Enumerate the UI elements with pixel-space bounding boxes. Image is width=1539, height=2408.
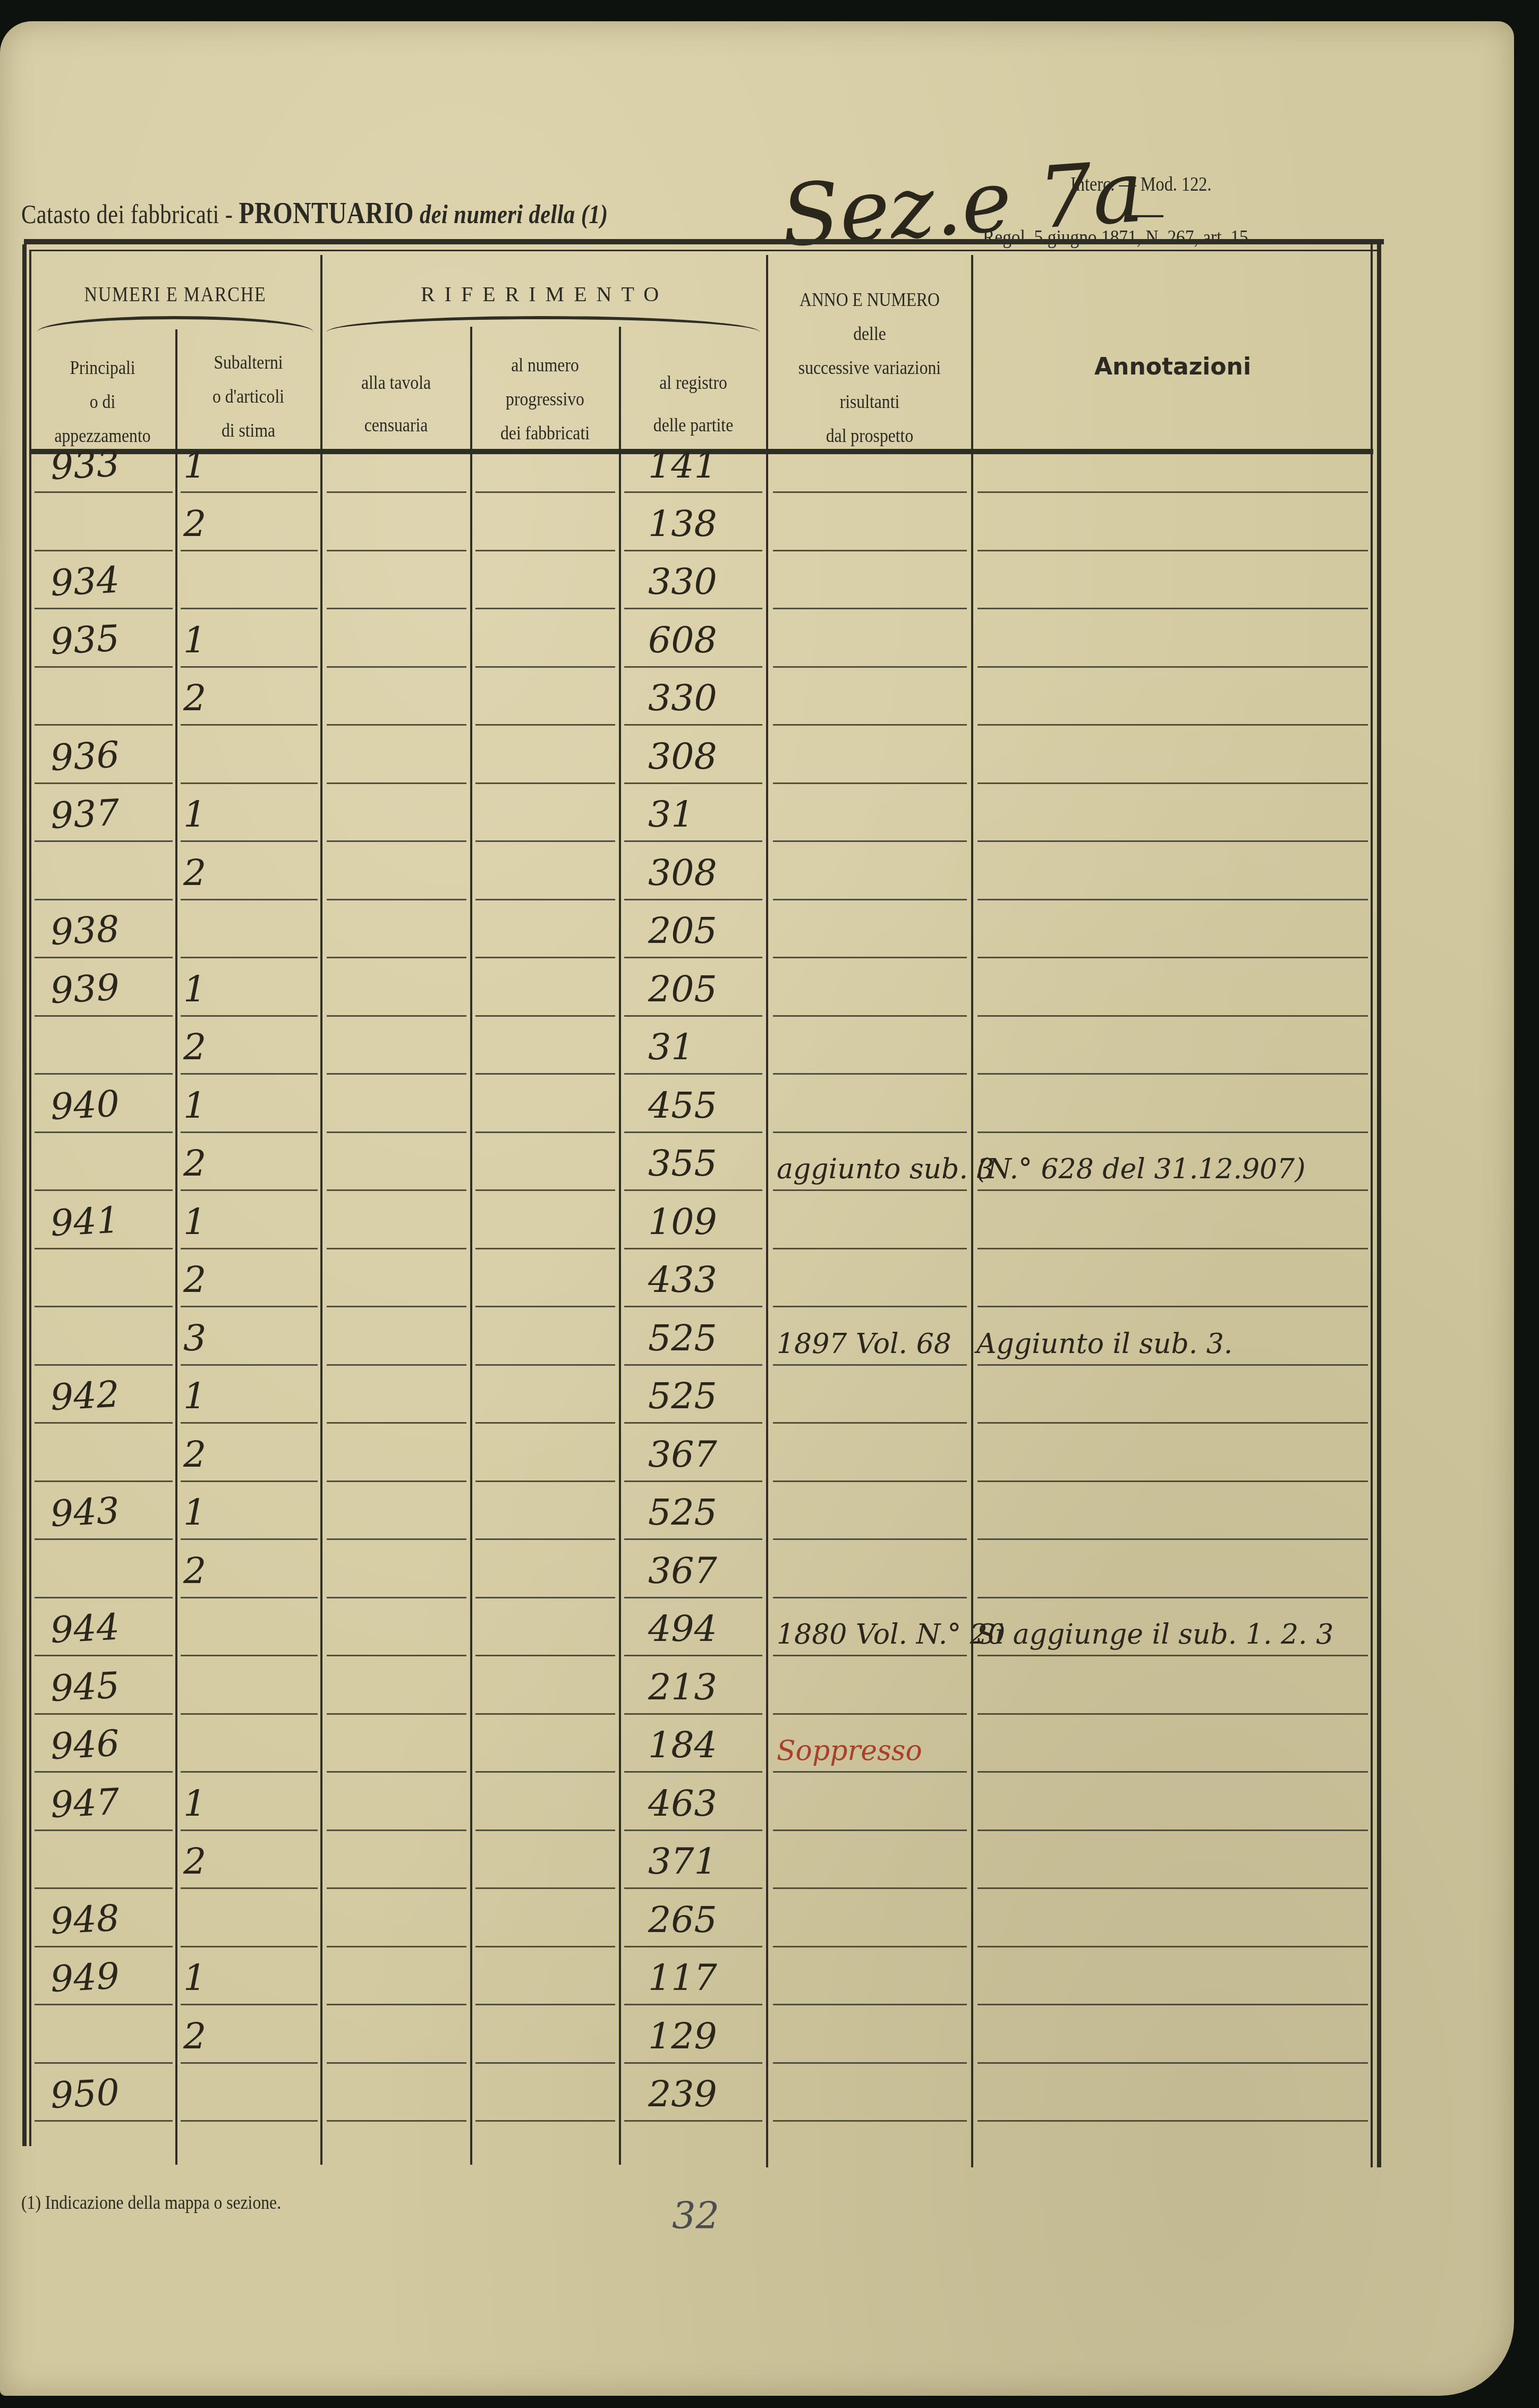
cell-registro: 525 xyxy=(648,1375,717,1417)
row-rule xyxy=(327,1364,466,1366)
row-rule xyxy=(977,782,1368,784)
row-rule xyxy=(977,1422,1368,1424)
row-rule xyxy=(181,2004,318,2005)
cell-registro: 525 xyxy=(648,1492,717,1534)
row-rule xyxy=(35,1713,173,1715)
row-rule xyxy=(624,1248,762,1249)
cell-subalterni: 2 xyxy=(183,1434,206,1476)
row-rule xyxy=(327,666,466,668)
row-rule xyxy=(475,957,615,958)
row-rule xyxy=(327,550,466,551)
cell-principali: 944 xyxy=(49,1606,121,1652)
cell-registro: 109 xyxy=(648,1201,717,1243)
row-rule xyxy=(773,1306,967,1307)
row-rule xyxy=(327,1015,466,1017)
row-rule xyxy=(977,2004,1368,2005)
row-rule xyxy=(181,491,318,493)
row-rule xyxy=(475,2004,615,2005)
prontuario-table: NUMERI E MARCHE RIFERIMENTO Principali o… xyxy=(0,21,1514,2396)
col-header-numero: al numero progressivo dei fabbricati xyxy=(481,348,608,450)
row-rule xyxy=(475,550,615,551)
row-rule xyxy=(327,782,466,784)
row-rule xyxy=(977,1713,1368,1715)
row-rule xyxy=(977,957,1368,958)
col-sep-registro xyxy=(766,255,768,2167)
row-rule xyxy=(624,491,762,493)
col-header-variazioni: ANNO E NUMERO delle successive variazion… xyxy=(781,283,958,453)
row-rule xyxy=(181,1015,318,1017)
document-page: Catasto dei fabbricati - PRONTUARIO dei … xyxy=(0,21,1514,2396)
row-rule xyxy=(327,1538,466,1540)
cell-principali: 946 xyxy=(49,1723,121,1768)
cell-registro: 525 xyxy=(648,1317,717,1359)
row-rule xyxy=(181,840,318,842)
row-rule xyxy=(35,608,173,609)
cell-principali: 939 xyxy=(49,966,121,1012)
row-rule xyxy=(327,1073,466,1075)
row-rule xyxy=(624,1364,762,1366)
row-rule xyxy=(35,491,173,493)
cell-subalterni: 2 xyxy=(183,677,206,719)
cell-subalterni: 1 xyxy=(183,1492,206,1534)
cell-registro: 367 xyxy=(648,1434,717,1476)
row-rule xyxy=(35,1422,173,1424)
cell-subalterni: 1 xyxy=(183,445,206,487)
cell-principali: 945 xyxy=(49,1664,121,1710)
row-rule xyxy=(181,957,318,958)
row-rule xyxy=(977,899,1368,900)
row-rule xyxy=(35,1364,173,1366)
row-rule xyxy=(181,1248,318,1249)
col-header-subalterni: Subalterni o d'articoli di stima xyxy=(186,345,310,447)
row-rule xyxy=(475,840,615,842)
row-rule xyxy=(327,491,466,493)
row-rule xyxy=(35,782,173,784)
cell-registro: 117 xyxy=(648,1957,717,1999)
row-rule xyxy=(977,491,1368,493)
row-rule xyxy=(773,1248,967,1249)
row-rule xyxy=(977,1306,1368,1307)
cell-principali: 933 xyxy=(49,443,121,489)
row-rule xyxy=(181,1131,318,1133)
cell-principali: 936 xyxy=(49,734,121,779)
row-rule xyxy=(624,1830,762,1831)
row-rule xyxy=(35,1189,173,1191)
row-rule xyxy=(327,724,466,726)
row-rule xyxy=(35,2062,173,2064)
row-rule xyxy=(977,1830,1368,1831)
cell-subalterni: 1 xyxy=(183,1085,206,1127)
row-rule xyxy=(475,1131,615,1133)
cell-principali: 949 xyxy=(49,1955,121,2001)
cell-registro: 265 xyxy=(648,1899,717,1941)
row-rule xyxy=(181,1887,318,1889)
row-rule xyxy=(327,1946,466,1947)
row-rule xyxy=(35,1248,173,1249)
row-rule xyxy=(35,1306,173,1307)
row-rule xyxy=(475,1655,615,1656)
row-rule xyxy=(624,957,762,958)
row-rule xyxy=(327,2004,466,2005)
row-rule xyxy=(181,1538,318,1540)
cell-annotazioni: (N.° 628 del 31.12.907) xyxy=(976,1153,1305,1185)
row-rule xyxy=(624,608,762,609)
cell-subalterni: 2 xyxy=(183,503,206,545)
row-rule xyxy=(773,782,967,784)
row-rule xyxy=(475,1306,615,1307)
col-header-annotazioni: Annotazioni xyxy=(975,353,1371,380)
row-rule xyxy=(977,1364,1368,1366)
row-rule xyxy=(475,2120,615,2122)
cell-subalterni: 2 xyxy=(183,1550,206,1592)
cell-registro: 31 xyxy=(648,1026,694,1068)
row-rule xyxy=(475,1597,615,1598)
row-rule xyxy=(327,1771,466,1773)
row-rule xyxy=(624,1015,762,1017)
row-rule xyxy=(35,1946,173,1947)
table-top-rule xyxy=(24,239,1384,244)
cell-registro: 367 xyxy=(648,1550,717,1592)
row-rule xyxy=(773,2120,967,2122)
row-rule xyxy=(977,1771,1368,1773)
row-rule xyxy=(624,1597,762,1598)
row-rule xyxy=(977,666,1368,668)
row-rule xyxy=(327,1830,466,1831)
cell-principali: 947 xyxy=(49,1781,121,1826)
row-rule xyxy=(327,1422,466,1424)
row-rule xyxy=(773,1771,967,1773)
row-rule xyxy=(327,2062,466,2064)
row-rule xyxy=(773,608,967,609)
cell-subalterni: 1 xyxy=(183,1783,206,1825)
cell-subalterni: 1 xyxy=(183,1375,206,1417)
row-rule xyxy=(475,1422,615,1424)
cell-subalterni: 2 xyxy=(183,2015,206,2057)
cell-registro: 355 xyxy=(648,1143,717,1185)
cell-registro: 308 xyxy=(648,736,717,778)
row-rule xyxy=(773,1364,967,1366)
row-rule xyxy=(35,899,173,900)
cell-registro: 330 xyxy=(648,561,717,603)
row-rule xyxy=(181,608,318,609)
row-rule xyxy=(35,1655,173,1656)
right-border xyxy=(1377,239,1381,2167)
row-rule xyxy=(181,1771,318,1773)
row-rule xyxy=(773,1655,967,1656)
col-sep-numero xyxy=(619,327,621,2165)
row-rule xyxy=(624,1306,762,1307)
group-header-numeri-marche: NUMERI E MARCHE xyxy=(54,282,297,307)
cell-registro: 330 xyxy=(648,677,717,719)
row-rule xyxy=(773,1713,967,1715)
page-number-pencil: 32 xyxy=(672,2194,719,2237)
row-rule xyxy=(624,1480,762,1482)
row-rule xyxy=(773,1131,967,1133)
row-rule xyxy=(181,1073,318,1075)
table-top-rule-inner xyxy=(29,250,1379,251)
row-rule xyxy=(624,1655,762,1656)
row-rule xyxy=(181,2120,318,2122)
row-rule xyxy=(327,608,466,609)
cell-registro: 184 xyxy=(648,1724,717,1766)
cell-variazioni: 1897 Vol. 68 xyxy=(777,1328,951,1360)
row-rule xyxy=(35,1015,173,1017)
row-rule xyxy=(475,1946,615,1947)
row-rule xyxy=(475,1830,615,1831)
row-rule xyxy=(773,1597,967,1598)
row-rule xyxy=(977,724,1368,726)
row-rule xyxy=(773,666,967,668)
row-rule xyxy=(181,1306,318,1307)
row-rule xyxy=(977,1015,1368,1017)
row-rule xyxy=(327,1248,466,1249)
row-rule xyxy=(181,1364,318,1366)
cell-principali: 942 xyxy=(49,1374,121,1419)
row-rule xyxy=(773,1946,967,1947)
row-rule xyxy=(475,1538,615,1540)
row-rule xyxy=(624,1131,762,1133)
row-rule xyxy=(773,957,967,958)
cell-registro: 308 xyxy=(648,852,717,894)
col-sep-variazioni xyxy=(971,255,973,2167)
cell-registro: 239 xyxy=(648,2073,717,2115)
row-rule xyxy=(35,1131,173,1133)
cell-annotazioni: Aggiunto il sub. 3. xyxy=(976,1328,1232,1360)
row-rule xyxy=(35,550,173,551)
row-rule xyxy=(35,840,173,842)
row-rule xyxy=(181,666,318,668)
row-rule xyxy=(475,491,615,493)
row-rule xyxy=(475,1364,615,1366)
row-rule xyxy=(773,840,967,842)
row-rule xyxy=(181,724,318,726)
row-rule xyxy=(475,724,615,726)
col-sep-tavola xyxy=(470,327,472,2165)
row-rule xyxy=(475,608,615,609)
row-rule xyxy=(624,724,762,726)
row-rule xyxy=(181,1422,318,1424)
row-rule xyxy=(475,1713,615,1715)
row-rule xyxy=(773,1422,967,1424)
row-rule xyxy=(475,1015,615,1017)
cell-principali: 935 xyxy=(49,617,121,663)
row-rule xyxy=(327,1655,466,1656)
row-rule xyxy=(773,724,967,726)
cell-annotazioni: Si aggiunge il sub. 1. 2. 3 xyxy=(976,1619,1333,1650)
row-rule xyxy=(977,1538,1368,1540)
row-rule xyxy=(35,1480,173,1482)
row-rule xyxy=(327,1306,466,1307)
footnote: (1) Indicazione della mappa o sezione. xyxy=(21,2191,281,2214)
row-rule xyxy=(35,1597,173,1598)
row-rule xyxy=(475,1887,615,1889)
row-rule xyxy=(977,1597,1368,1598)
cell-subalterni: 1 xyxy=(183,1957,206,1999)
cell-variazioni: 1880 Vol. N.° 20 xyxy=(777,1619,1005,1650)
row-rule xyxy=(181,1946,318,1947)
row-rule xyxy=(327,1131,466,1133)
row-rule xyxy=(977,550,1368,551)
cell-registro: 433 xyxy=(648,1259,717,1301)
row-rule xyxy=(624,1422,762,1424)
brace-numeri-marche xyxy=(37,316,313,332)
row-rule xyxy=(475,1189,615,1191)
row-rule xyxy=(977,840,1368,842)
row-rule xyxy=(773,550,967,551)
row-rule xyxy=(35,724,173,726)
row-rule xyxy=(181,1713,318,1715)
row-rule xyxy=(35,1073,173,1075)
row-rule xyxy=(773,899,967,900)
row-rule xyxy=(624,1538,762,1540)
left-border xyxy=(22,244,27,2146)
row-rule xyxy=(35,1538,173,1540)
row-rule xyxy=(35,666,173,668)
row-rule xyxy=(35,1887,173,1889)
cell-subalterni: 2 xyxy=(183,1143,206,1185)
row-rule xyxy=(181,1189,318,1191)
row-rule xyxy=(475,2062,615,2064)
col-header-registro: al registro delle partite xyxy=(630,361,756,446)
row-rule xyxy=(475,1480,615,1482)
row-rule xyxy=(977,1248,1368,1249)
row-rule xyxy=(475,666,615,668)
row-rule xyxy=(773,491,967,493)
row-rule xyxy=(327,1597,466,1598)
row-rule xyxy=(327,957,466,958)
group-header-riferimento: RIFERIMENTO xyxy=(324,282,765,307)
row-rule xyxy=(624,1713,762,1715)
cell-registro: 455 xyxy=(648,1085,717,1127)
row-rule xyxy=(181,1830,318,1831)
row-rule xyxy=(327,1887,466,1889)
cell-subalterni: 1 xyxy=(183,794,206,836)
row-rule xyxy=(181,1655,318,1656)
row-rule xyxy=(327,1189,466,1191)
cell-principali: 943 xyxy=(49,1490,121,1536)
row-rule xyxy=(773,2004,967,2005)
row-rule xyxy=(181,1480,318,1482)
cell-registro: 494 xyxy=(648,1608,717,1650)
row-rule xyxy=(181,550,318,551)
row-rule xyxy=(181,1597,318,1598)
cell-subalterni: 2 xyxy=(183,1259,206,1301)
row-rule xyxy=(181,899,318,900)
cell-principali: 938 xyxy=(49,908,121,954)
row-rule xyxy=(475,1248,615,1249)
cell-principali: 950 xyxy=(49,2072,121,2117)
row-rule xyxy=(977,1073,1368,1075)
row-rule xyxy=(773,1480,967,1482)
row-rule xyxy=(475,1771,615,1773)
cell-registro: 141 xyxy=(648,445,717,487)
col-sep-subalterni xyxy=(320,255,322,2165)
row-rule xyxy=(624,666,762,668)
right-border-inner xyxy=(1371,244,1373,2167)
row-rule xyxy=(624,1887,762,1889)
row-rule xyxy=(773,1887,967,1889)
row-rule xyxy=(475,782,615,784)
row-rule xyxy=(977,1887,1368,1889)
cell-variazioni: Soppresso xyxy=(777,1735,922,1767)
cell-variazioni: aggiunto sub. 3 xyxy=(777,1153,994,1185)
cell-registro: 213 xyxy=(648,1666,717,1708)
row-rule xyxy=(35,2120,173,2122)
row-rule xyxy=(624,2004,762,2005)
row-rule xyxy=(977,1189,1368,1191)
row-rule xyxy=(624,782,762,784)
row-rule xyxy=(181,782,318,784)
row-rule xyxy=(181,2062,318,2064)
col-header-tavola: alla tavola censuaria xyxy=(332,361,461,446)
row-rule xyxy=(624,1946,762,1947)
cell-subalterni: 1 xyxy=(183,619,206,661)
cell-subalterni: 2 xyxy=(183,852,206,894)
row-rule xyxy=(624,2120,762,2122)
row-rule xyxy=(327,899,466,900)
row-rule xyxy=(773,1073,967,1075)
row-rule xyxy=(624,1771,762,1773)
row-rule xyxy=(475,899,615,900)
row-rule xyxy=(977,1131,1368,1133)
row-rule xyxy=(327,840,466,842)
row-rule xyxy=(977,608,1368,609)
cell-registro: 138 xyxy=(648,503,717,545)
cell-registro: 129 xyxy=(648,2015,717,2057)
cell-registro: 205 xyxy=(648,968,717,1010)
row-rule xyxy=(977,1655,1368,1656)
row-rule xyxy=(624,2062,762,2064)
brace-riferimento xyxy=(327,316,760,332)
row-rule xyxy=(475,1073,615,1075)
cell-subalterni: 2 xyxy=(183,1841,206,1883)
cell-registro: 463 xyxy=(648,1783,717,1825)
cell-registro: 205 xyxy=(648,910,717,952)
cell-principali: 934 xyxy=(49,559,121,605)
row-rule xyxy=(977,1946,1368,1947)
row-rule xyxy=(624,899,762,900)
row-rule xyxy=(35,2004,173,2005)
row-rule xyxy=(977,2062,1368,2064)
row-rule xyxy=(624,550,762,551)
cell-principali: 948 xyxy=(49,1897,121,1943)
row-rule xyxy=(327,2120,466,2122)
col-header-principali: Principali o di appezzamento xyxy=(39,351,166,453)
cell-principali: 937 xyxy=(49,792,121,838)
row-rule xyxy=(35,1771,173,1773)
cell-subalterni: 3 xyxy=(183,1317,206,1359)
cell-registro: 31 xyxy=(648,794,694,836)
row-rule xyxy=(35,957,173,958)
row-rule xyxy=(773,1189,967,1191)
row-rule xyxy=(773,2062,967,2064)
row-rule xyxy=(773,1830,967,1831)
cell-subalterni: 1 xyxy=(183,1201,206,1243)
row-rule xyxy=(624,840,762,842)
row-rule xyxy=(35,1830,173,1831)
col-sep-principali xyxy=(175,329,177,2165)
row-rule xyxy=(327,1480,466,1482)
cell-registro: 371 xyxy=(648,1841,717,1883)
row-rule xyxy=(977,2120,1368,2122)
cell-principali: 941 xyxy=(49,1199,121,1245)
row-rule xyxy=(624,1073,762,1075)
row-rule xyxy=(327,1713,466,1715)
cell-subalterni: 1 xyxy=(183,968,206,1010)
row-rule xyxy=(624,1189,762,1191)
cell-principali: 940 xyxy=(49,1083,121,1128)
left-border-inner xyxy=(29,250,31,2146)
